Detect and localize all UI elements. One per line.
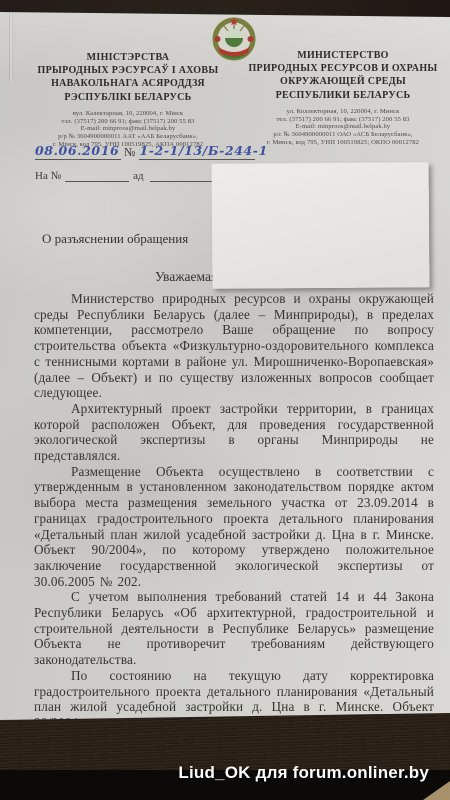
address-line: ул. Коллекторная, 10, 220004, г. Минск <box>246 108 440 116</box>
letter-body: Министерство природных ресурсов и охраны… <box>34 291 434 778</box>
letterhead-russian: МИНИСТЕРСТВО ПРИРОДНЫХ РЕСУРСОВ И ОХРАНЫ… <box>246 49 440 146</box>
ministry-name-ru-line: РЕСПУБЛИКИ БЕЛАРУСЬ <box>246 89 440 102</box>
body-paragraph: Министерство природных ресурсов и охраны… <box>34 291 434 401</box>
letter-subject: О разъяснении обращения <box>42 231 188 247</box>
address-line: E-mail: minproos@mail.belpak.by <box>246 123 440 131</box>
outgoing-date-blank: 08.06.2016 <box>35 143 121 160</box>
handwritten-number: 1-2-1/13/Б-244-1 <box>139 143 267 158</box>
document-photo: МІНІСТЭРСТВА ПРЫРОДНЫХ РЭСУРСАЎ І АХОВЫ … <box>0 0 450 800</box>
ministry-name-ru-line: ПРИРОДНЫХ РЕСУРСОВ И ОХРАНЫ <box>246 62 440 75</box>
letterhead-belarusian: МІНІСТЭРСТВА ПРЫРОДНЫХ РЭСУРСАЎ І АХОВЫ … <box>24 51 232 148</box>
outgoing-reference-line: 08.06.2016№1-2-1/13/Б-244-1 <box>35 143 275 160</box>
address-line: г. Минск, код 795, УНП 100519825; ОКПО 0… <box>246 139 440 147</box>
ministry-name-be: МІНІСТЭРСТВА ПРЫРОДНЫХ РЭСУРСАЎ І АХОВЫ … <box>24 51 232 104</box>
handwritten-date: 08.06.2016 <box>35 143 119 158</box>
body-paragraph: Архитектурный проект застройки территори… <box>34 401 434 464</box>
redaction-slip <box>212 162 430 289</box>
ministry-name-be-line: МІНІСТЭРСТВА <box>24 51 232 64</box>
paper-crease <box>9 13 13 83</box>
forum-watermark: Liud_OK для forum.onliner.by <box>178 763 429 783</box>
address-line: тел. (37517) 200 66 91; факс (37517) 200… <box>246 116 440 124</box>
ministry-name-ru-line: МИНИСТЕРСТВО <box>246 49 440 62</box>
ministry-name-be-line: ПРЫРОДНЫХ РЭСУРСАЎ І АХОВЫ <box>24 64 232 77</box>
address-line: E-mail: minproos@mail.belpak.by <box>24 125 232 133</box>
body-paragraph: С учетом выполнения требований статей 14… <box>34 589 434 668</box>
incoming-date-label: ад <box>133 170 143 182</box>
address-line: вул. Калектарная, 10, 220004, г. Мінск <box>24 110 232 118</box>
outgoing-number-blank: 1-2-1/13/Б-244-1 <box>139 143 255 160</box>
address-line: р/р № 3604900000011 ААТ «ААБ Беларусбанк… <box>24 133 232 141</box>
incoming-ref-label: На № <box>35 170 61 182</box>
ministry-address-ru: ул. Коллекторная, 10, 220004, г. Минск т… <box>246 108 440 147</box>
ministry-name-be-line: РЭСПУБЛІКІ БЕЛАРУСЬ <box>24 91 232 104</box>
salutation: Уважаемая <box>155 269 217 285</box>
address-line: р/с № 3604900000011 ОАО «АСБ Беларусбанк… <box>246 131 440 139</box>
body-paragraph: Размещение Объекта осуществлено в соотве… <box>34 464 434 590</box>
ministry-name-ru-line: ОКРУЖАЮЩЕЙ СРЕДЫ <box>246 75 440 88</box>
letter-paper: МІНІСТЭРСТВА ПРЫРОДНЫХ РЭСУРСАЎ І АХОВЫ … <box>0 10 450 720</box>
address-line: тэл. (37517) 200 66 91; факс (37517) 200… <box>24 118 232 126</box>
ministry-name-be-line: НАВАКОЛЬНАГА АСЯРОДДЗЯ <box>24 77 232 90</box>
number-sign: № <box>121 145 139 159</box>
ministry-name-ru: МИНИСТЕРСТВО ПРИРОДНЫХ РЕСУРСОВ И ОХРАНЫ… <box>246 49 440 102</box>
incoming-number-blank <box>65 165 129 182</box>
